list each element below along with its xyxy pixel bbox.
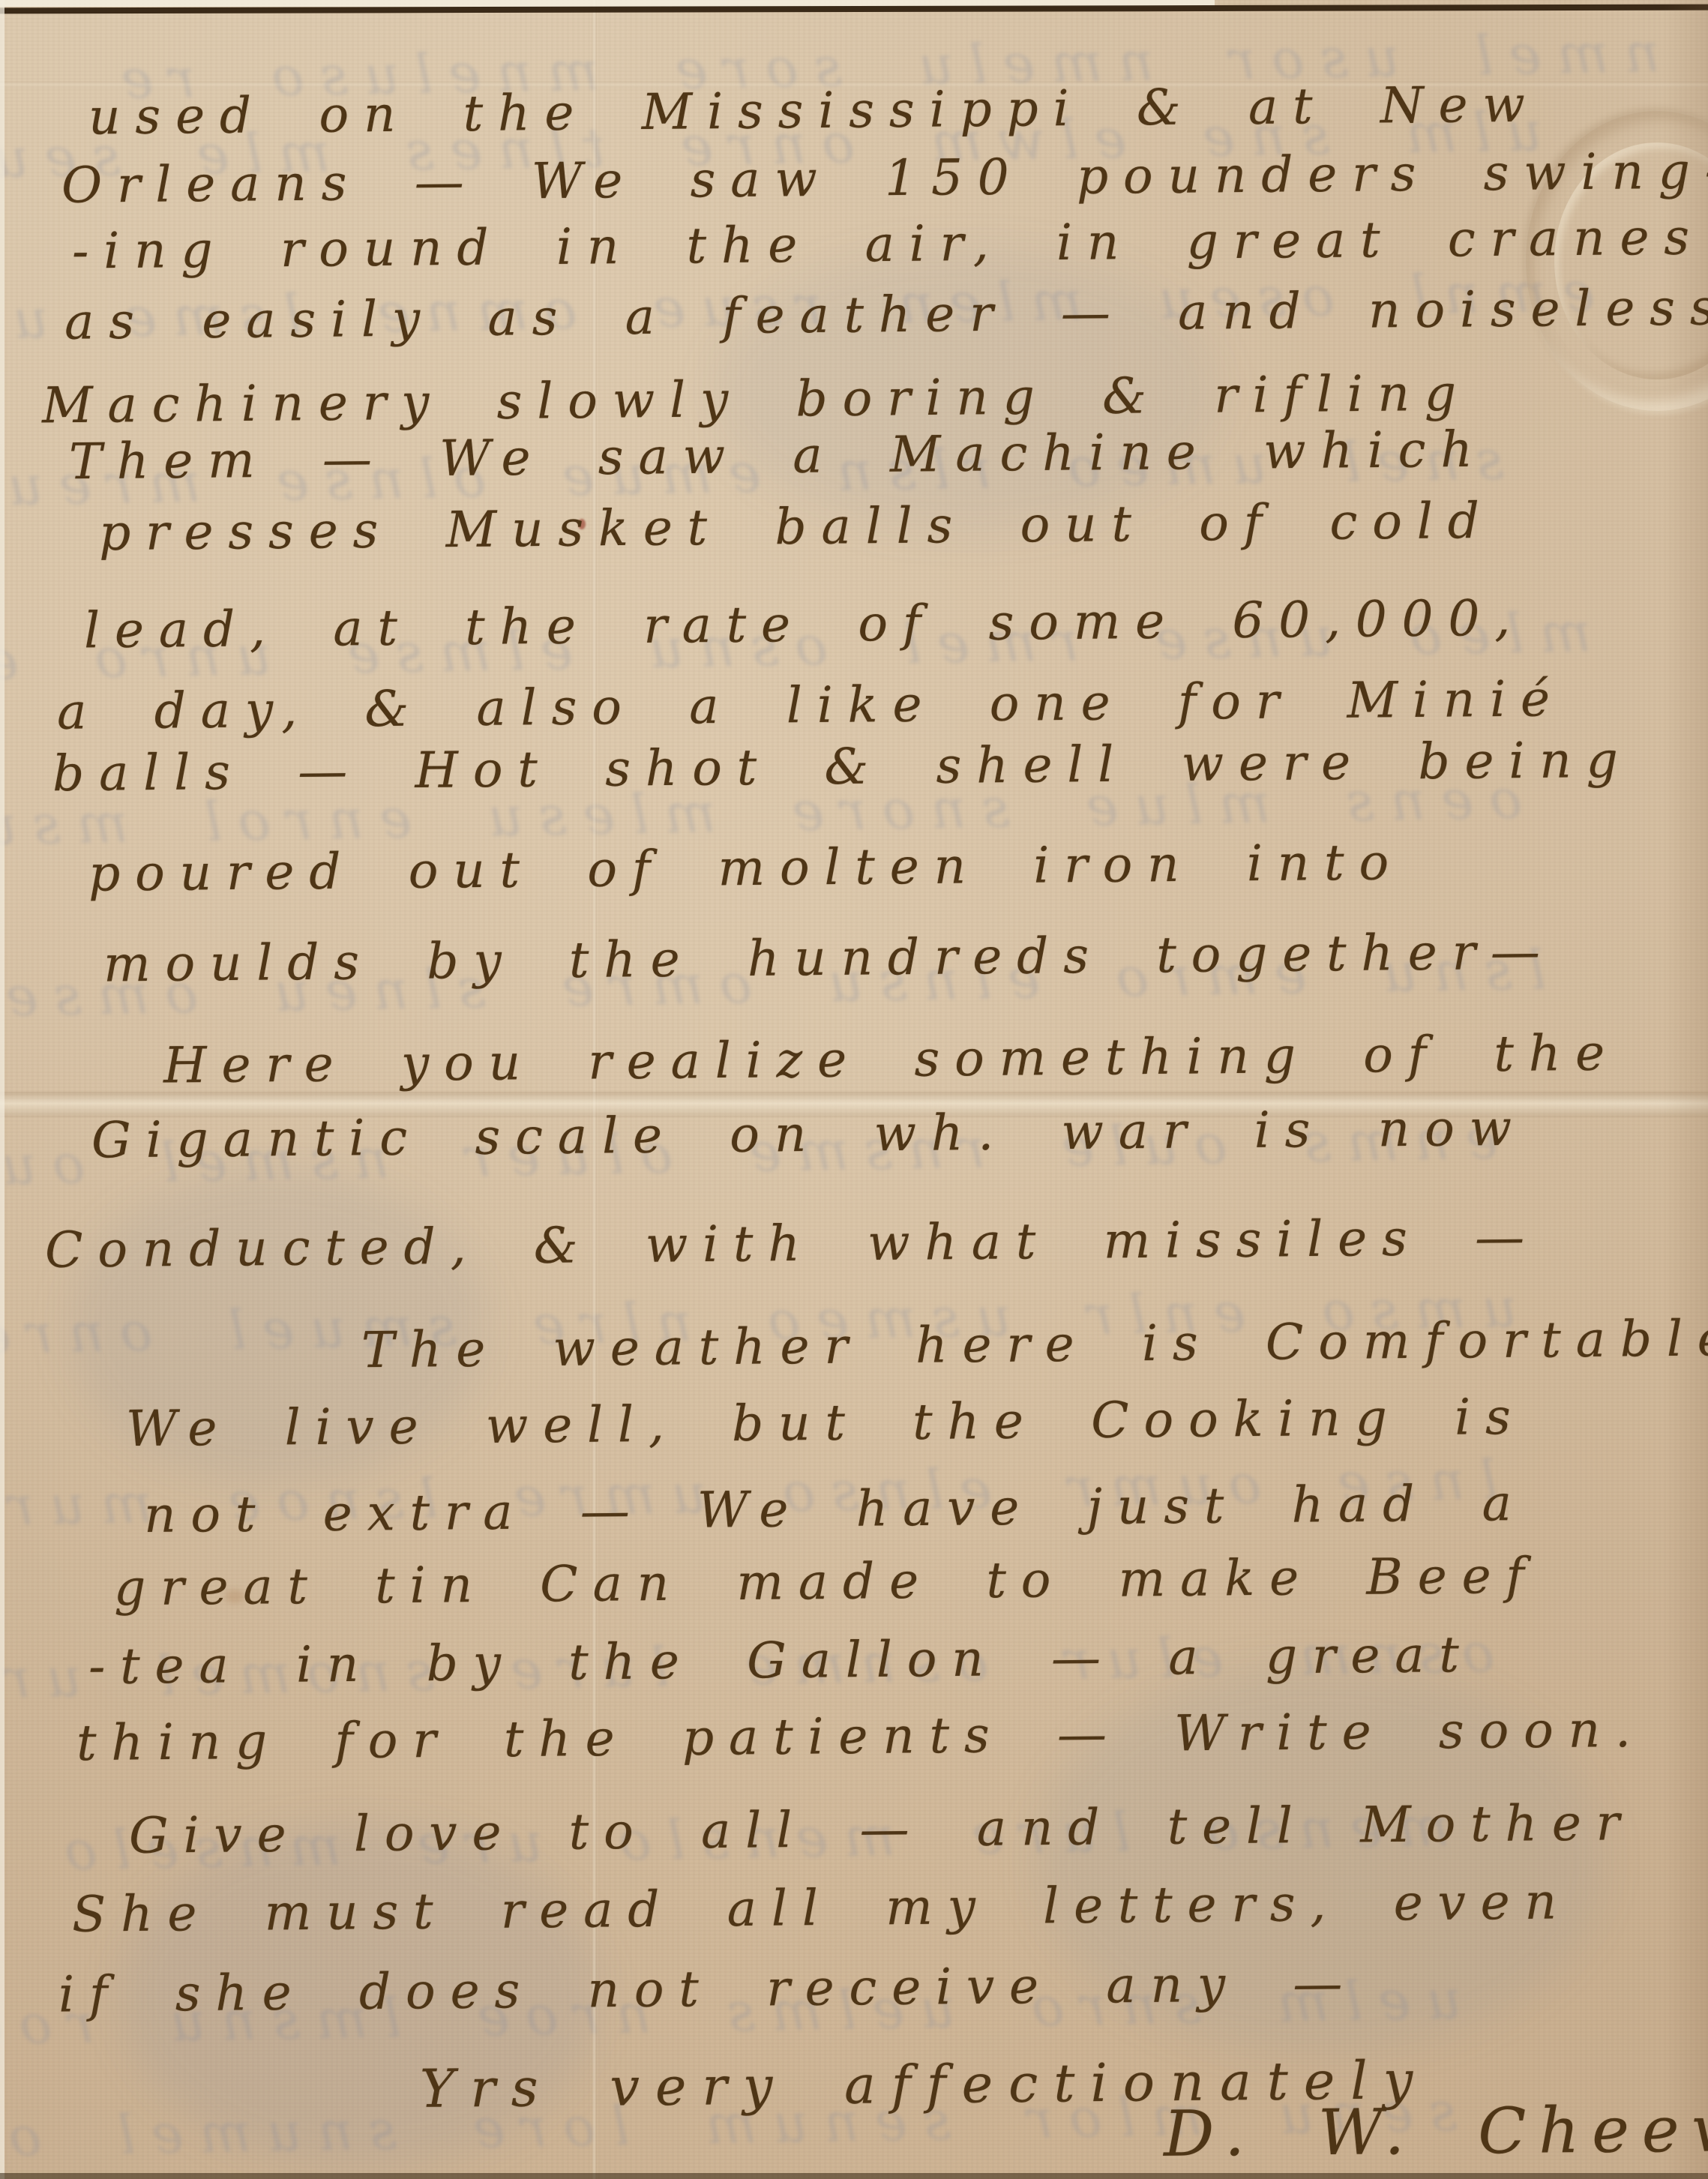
letter-line: Machinery slowly boring & rifling [42,369,1471,431]
letter-line: She must read all my letters, even [72,1877,1572,1939]
letter-line: Give love to all — and tell Mother [129,1798,1635,1861]
letter-line: -ing round in the air, in great cranes [72,213,1704,277]
letter-line: lead, at the rate of some 60,000, [84,594,1526,656]
letter-line: We live well, but the Cooking is [126,1392,1526,1454]
scan-left-sliver [0,0,4,2179]
letter-line: Them — We saw a Machine which [69,425,1488,487]
letter-line: if she does not receive any — [58,1959,1358,2019]
letter-line: Gigantic scale on wh. war is now [91,1104,1527,1166]
letter-line: Conducted, & with what missiles — [45,1212,1539,1275]
letter-line: used on the Mississippi & at New [88,80,1540,142]
letter-line: The weather here is Comfortable. [361,1314,1708,1375]
signature: D. W. Cheever [1164,2097,1708,2166]
letter-line: presses Musket balls out of cold [99,496,1494,558]
letter-line: as easily as a feather — and noiseless [64,283,1708,346]
letter-line: Orleans — We saw 150 pounders swing- [61,146,1708,210]
letter-line: balls — Hot shot & shell were being [52,736,1633,799]
letter-line: Here you realize something of the [163,1029,1620,1091]
letter-line: a day, & also a like one for Minié [57,674,1565,737]
letter-line: poured out of molten iron into [88,838,1404,898]
letter-page: ulm sne elwm onre tlnes mle seum emnl os… [0,0,1708,2179]
letter-line: great tin Can made to make Beef [114,1551,1539,1614]
paper-bottom-edge [0,2173,1708,2179]
letter-line: thing for the patients — Write soon. [76,1705,1646,1768]
letter-line: moulds by the hundreds together— [103,928,1555,990]
letter-line: not extra — We have just had a [144,1479,1527,1540]
letter-line: -tea in by the Gallon — a great [88,1630,1474,1692]
